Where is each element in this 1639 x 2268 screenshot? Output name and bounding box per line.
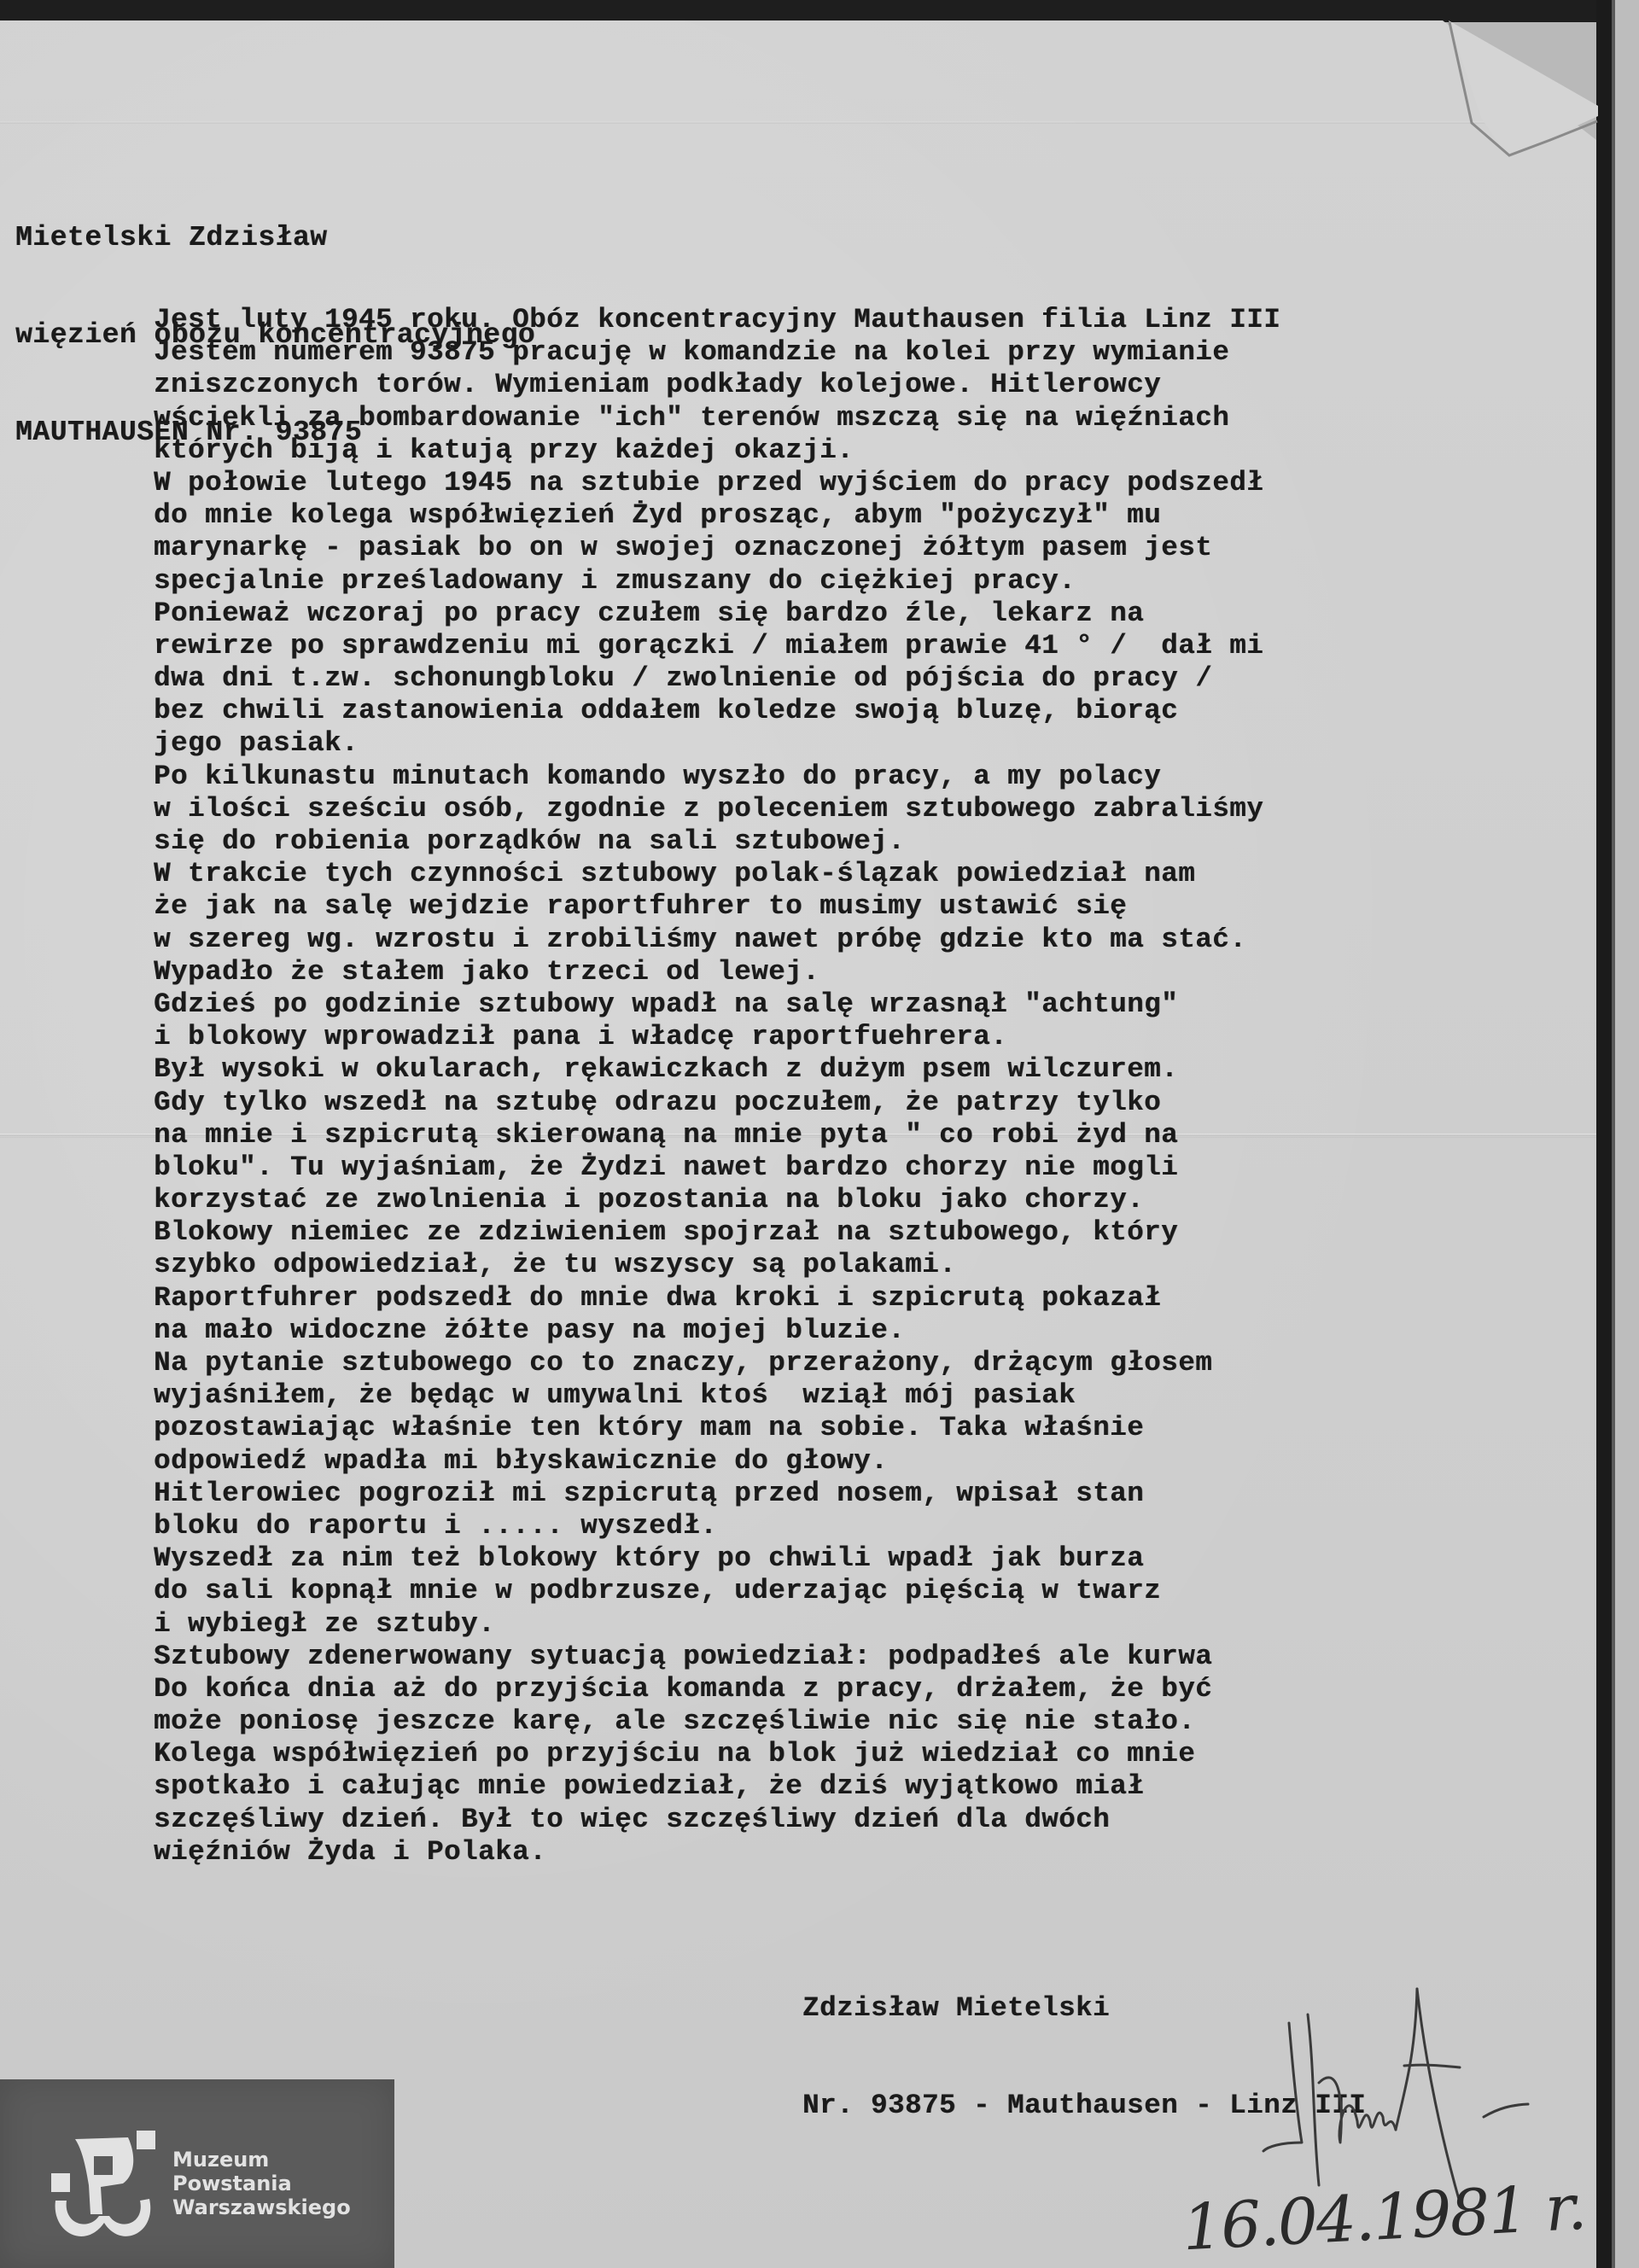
- body-line: Wyszedł za nim też blokowy który po chwi…: [154, 1542, 1280, 1575]
- body-line: Jestem numerem 93875 pracuję w komandzie…: [154, 336, 1280, 369]
- scan-background-right: [1596, 0, 1639, 2268]
- body-line: dwa dni t.zw. schonungbloku / zwolnienie…: [154, 662, 1280, 695]
- body-line: specjalnie prześladowany i zmuszany do c…: [154, 565, 1280, 598]
- body-line: i wybiegł ze sztuby.: [154, 1608, 1280, 1641]
- body-line: i blokowy wprowadził pana i władcę rapor…: [154, 1021, 1280, 1053]
- body-line: W trakcie tych czynności sztubowy polak-…: [154, 858, 1280, 890]
- testimony-body: Jest luty 1945 roku. Obóz koncentracyjny…: [154, 304, 1280, 1869]
- body-line: bloku". Tu wyjaśniam, że Żydzi nawet bar…: [154, 1151, 1280, 1184]
- body-line: spotkało i całując mnie powiedział, że d…: [154, 1770, 1280, 1803]
- body-line: więźniów Żyda i Polaka.: [154, 1836, 1280, 1869]
- folded-corner-outline: [1448, 20, 1601, 166]
- body-line: Był wysoki w okularach, rękawiczkach z d…: [154, 1053, 1280, 1086]
- handwritten-signature: [1255, 1972, 1562, 2202]
- body-line: na mnie i szpicrutą skierowaną na mnie p…: [154, 1119, 1280, 1151]
- body-line: Sztubowy zdenerwowany sytuacją powiedzia…: [154, 1641, 1280, 1673]
- body-line: jego pasiak.: [154, 727, 1280, 760]
- body-line: których biją i katują przy każdej okazji…: [154, 434, 1280, 467]
- header-line: Mietelski Zdzisław: [15, 222, 535, 254]
- museum-name: Muzeum Powstania Warszawskiego: [172, 2148, 351, 2219]
- body-line: szczęśliwy dzień. Był to więc szczęśliwy…: [154, 1804, 1280, 1836]
- body-line: Gdy tylko wszedł na sztubę odrazu poczuł…: [154, 1087, 1280, 1119]
- body-line: Po kilkunastu minutach komando wyszło do…: [154, 761, 1280, 793]
- body-line: Ponieważ wczoraj po pracy czułem się bar…: [154, 598, 1280, 630]
- body-line: odpowiedź wpadła mi błyskawicznie do gło…: [154, 1445, 1280, 1478]
- museum-name-line: Warszawskiego: [172, 2195, 351, 2219]
- body-line: bez chwili zastanowienia oddałem koledze…: [154, 695, 1280, 727]
- body-line: Raportfuhrer podszedł do mnie dwa kroki …: [154, 1282, 1280, 1315]
- kotwica-emblem-icon: [51, 2122, 162, 2242]
- body-line: pozostawiając właśnie ten który mam na s…: [154, 1412, 1280, 1444]
- body-line: do mnie kolega współwięzień Żyd prosząc,…: [154, 499, 1280, 532]
- body-line: do sali kopnął mnie w podbrzusze, uderza…: [154, 1575, 1280, 1607]
- body-line: Na pytanie sztubowego co to znaczy, prze…: [154, 1347, 1280, 1379]
- body-line: rewirze po sprawdzeniu mi gorączki / mia…: [154, 630, 1280, 662]
- body-line: wyjaśniłem, że będąc w umywalni ktoś wzi…: [154, 1379, 1280, 1412]
- body-line: Wypadło że stałem jako trzeci od lewej.: [154, 956, 1280, 988]
- body-line: Gdzieś po godzinie sztubowy wpadł na sal…: [154, 988, 1280, 1021]
- body-line: na mało widoczne żółte pasy na mojej blu…: [154, 1315, 1280, 1347]
- body-line: Jest luty 1945 roku. Obóz koncentracyjny…: [154, 304, 1280, 336]
- body-line: wściekli za bombardowanie "ich" terenów …: [154, 402, 1280, 434]
- body-line: szybko odpowiedział, że tu wszyscy są po…: [154, 1249, 1280, 1281]
- body-line: się do robienia porządków na sali sztubo…: [154, 825, 1280, 858]
- body-line: Hitlerowiec pogroził mi szpicrutą przed …: [154, 1478, 1280, 1510]
- body-line: w szereg wg. wzrostu i zrobiliśmy nawet …: [154, 924, 1280, 956]
- body-line: w ilości sześciu osób, zgodnie z polecen…: [154, 793, 1280, 825]
- scan-background-top: [0, 0, 1639, 22]
- body-line: zniszczonych torów. Wymieniam podkłady k…: [154, 369, 1280, 401]
- body-line: bloku do raportu i ..... wyszedł.: [154, 1510, 1280, 1542]
- body-line: Do końca dnia aż do przyjścia komanda z …: [154, 1673, 1280, 1705]
- body-line: może poniosę jeszcze karę, ale szczęśliw…: [154, 1705, 1280, 1738]
- body-line: marynarkę - pasiak bo on w swojej oznacz…: [154, 532, 1280, 564]
- body-line: W połowie lutego 1945 na sztubie przed w…: [154, 467, 1280, 499]
- museum-watermark: Muzeum Powstania Warszawskiego: [0, 2079, 394, 2268]
- fold-crease-top: [0, 121, 1596, 124]
- body-line: Kolega współwięzień po przyjściu na blok…: [154, 1738, 1280, 1770]
- body-line: że jak na salę wejdzie raportfuhrer to m…: [154, 890, 1280, 923]
- museum-name-line: Muzeum: [172, 2148, 351, 2172]
- body-line: korzystać ze zwolnienia i pozostania na …: [154, 1184, 1280, 1216]
- body-line: Blokowy niemiec ze zdziwieniem spojrzał …: [154, 1216, 1280, 1249]
- museum-name-line: Powstania: [172, 2172, 351, 2195]
